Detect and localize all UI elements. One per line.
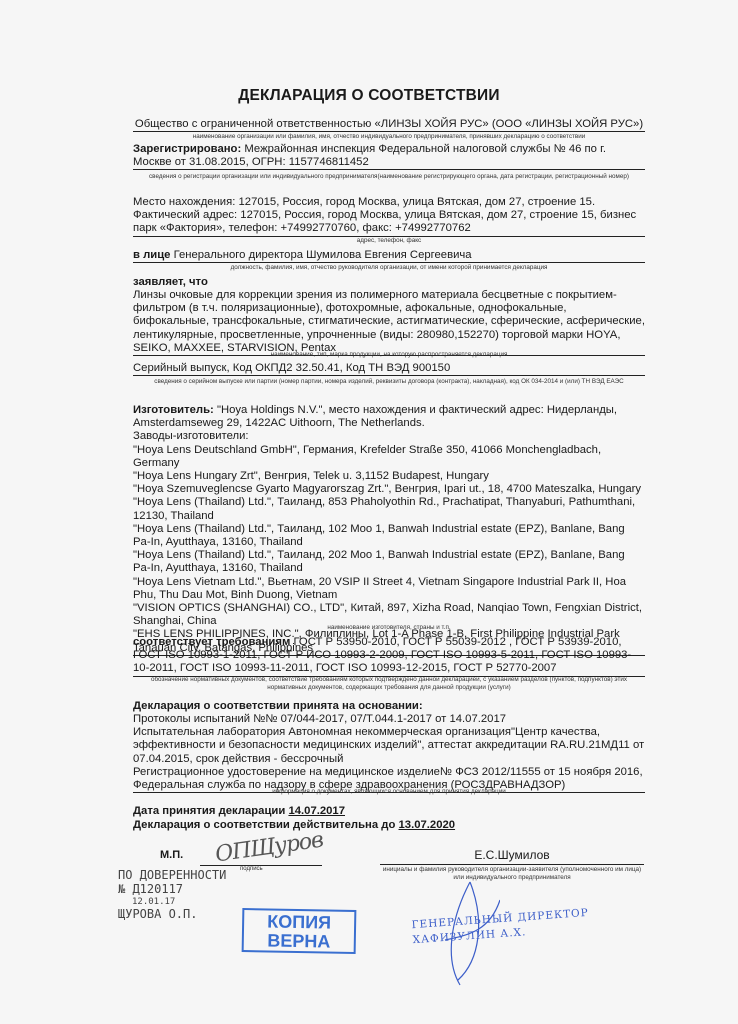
registration-caption: сведения о регистрации организации или и… (133, 173, 645, 181)
represented-label: в лице (133, 249, 170, 261)
signatory-name: Е.С.Шумилов (380, 848, 644, 865)
poa-line-1: ПО ДОВЕРЕННОСТИ (118, 868, 226, 882)
adopted-label: Дата принятия декларации (133, 805, 285, 817)
serial-caption: сведения о серийном выпуске или партии (… (133, 378, 645, 386)
valid-date-row: Декларация о соответствии действительна … (133, 819, 645, 832)
factories-label: Заводы-изготовители: (133, 430, 645, 443)
applicant-caption: наименование организации или фамилия, им… (133, 133, 645, 141)
factory-item: "Hoya Szemuveglencse Gyarto Magyarorszag… (133, 483, 645, 496)
factory-item: "Hoya Lens (Thailand) Ltd.", Таиланд, 10… (133, 523, 645, 549)
document-title: ДЕКЛАРАЦИЯ О СООТВЕТСТВИИ (0, 87, 738, 105)
registration-label: Зарегистрировано: (133, 143, 241, 155)
product-text: Линзы очковые для коррекции зрения из по… (133, 289, 645, 356)
manufacturer-label: Изготовитель: (133, 404, 214, 416)
director-stamp: ГЕНЕРАЛЬНЫЙ ДИРЕКТОР ХАФИЗУЛИН А.Х. (411, 906, 590, 948)
registration-block: Зарегистрировано: Межрайонная инспекция … (133, 143, 645, 170)
declaration-page: ДЕКЛАРАЦИЯ О СООТВЕТСТВИИ Общество с огр… (0, 0, 738, 1024)
adopted-date-row: Дата принятия декларации 14.07.2017 (133, 805, 645, 818)
actual-address: Фактический адрес: 127015, Россия, город… (133, 209, 645, 235)
conforms-block: соответствует требованиям ГОСТ Р 53950-2… (133, 636, 645, 677)
valid-date: 13.07.2020 (399, 819, 456, 831)
copy-certified-stamp: КОПИЯ ВЕРНА (242, 908, 357, 954)
signature-caption: подпись (240, 866, 263, 872)
copy-stamp-line-2: ВЕРНА (244, 931, 354, 952)
manufacturer-caption: наименование изготовителя, страны и т.п. (133, 624, 645, 632)
represented-block: в лице Генерального директора Шумилова Е… (133, 249, 645, 263)
manufacturer-block: Изготовитель: "Hoya Holdings N.V.", мест… (133, 404, 645, 656)
handwritten-signature: ОПЩуров (214, 828, 325, 868)
poa-line-3: 12.01.17 (132, 897, 175, 907)
factory-item: "Hoya Lens Deutschland GmbH", Германия, … (133, 444, 645, 470)
conforms-label: соответствует требованиям (133, 636, 290, 648)
factory-item: "Hoya Lens (Thailand) Ltd.", Таиланд, 20… (133, 549, 645, 575)
factory-item: "Hoya Lens Vietnam Ltd.", Вьетнам, 20 VS… (133, 576, 645, 602)
represented-text: Генерального директора Шумилова Евгения … (174, 249, 472, 261)
seal-label: М.П. (160, 849, 183, 861)
manufacturer-main: Изготовитель: "Hoya Holdings N.V.", мест… (133, 404, 645, 430)
poa-line-4: ЩУРОВА О.П. (118, 907, 197, 921)
copy-stamp-line-1: КОПИЯ (244, 912, 354, 933)
basis-protocols: Протоколы испытаний №№ 07/044-2017, 07/Т… (133, 713, 645, 726)
valid-label: Декларация о соответствии действительна … (133, 819, 395, 831)
factory-item: "Hoya Lens (Thailand) Ltd.", Таиланд, 85… (133, 496, 645, 522)
signatory-caption: инициалы и фамилия руководителя организа… (380, 866, 644, 882)
address-block: Место нахождения: 127015, Россия, город … (133, 196, 645, 237)
basis-label: Декларация о соответствии принята на осн… (133, 700, 645, 713)
adopted-date: 14.07.2017 (288, 805, 345, 817)
serial-text: Серийный выпуск, Код ОКПД2 32.50.41, Код… (133, 362, 645, 376)
product-caption: наименование, тип, марка продукции, на к… (133, 351, 645, 359)
applicant-name: Общество с ограниченной ответственностью… (133, 118, 645, 132)
legal-address: Место нахождения: 127015, Россия, город … (133, 196, 645, 209)
declares-label: заявляет, что (133, 276, 645, 289)
basis-block: Протоколы испытаний №№ 07/044-2017, 07/Т… (133, 713, 645, 793)
basis-caption: информация о документах, являющихся осно… (133, 788, 645, 796)
factory-item: "Hoya Lens Hungary Zrt", Венгрия, Telek … (133, 470, 645, 483)
conforms-caption: обозначение нормативных документов, соот… (133, 676, 645, 692)
represented-caption: должность, фамилия, имя, отчество руково… (133, 264, 645, 272)
address-caption: адрес, телефон, факс (133, 237, 645, 245)
basis-laboratory: Испытательная лаборатория Автономная нек… (133, 726, 645, 766)
poa-line-2: № Д120117 (118, 882, 183, 896)
